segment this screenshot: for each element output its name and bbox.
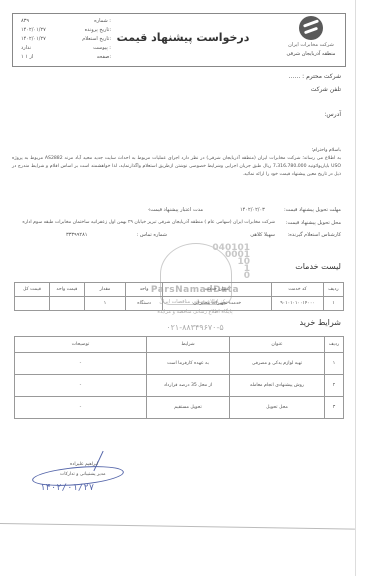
tci-logo-icon — [299, 16, 323, 40]
page-bottom-edge — [0, 523, 355, 530]
recipient-address: آدرس: — [324, 111, 341, 118]
cell-condition: از محل 35 درصد قرارداد — [147, 375, 230, 397]
cell-name: خدمت تجهیزات مخابراتی — [163, 297, 272, 311]
services-table: ردیف کد خدمت عنوان خدمت واحد مقدار قیمت … — [14, 282, 344, 311]
meta-label: تاریخ استعلام: — [71, 35, 111, 44]
services-title: لیست خدمات — [295, 262, 341, 271]
table-row: ۲ روش پیشنهادی انجام معامله از محل 35 در… — [15, 375, 344, 397]
conditions-title: شرایط خرید — [300, 318, 342, 327]
watermark-phone: ۰۲۱-۸۸۳۴۹۶۷۰-۵ — [140, 323, 250, 332]
cell-title: محل تحویل — [230, 397, 325, 419]
greeting: باسلام واحترام؛ — [12, 147, 341, 155]
validity-value: - — [148, 207, 150, 213]
cell-note: - — [15, 397, 147, 419]
table-row: ۱ تهیه لوازم یدکی و مصرفی به عهده کارفرم… — [15, 353, 344, 375]
recipient-company: شرکت محترم : ...... — [289, 73, 341, 80]
meta-value: ۱ از ۱ — [21, 53, 61, 62]
table-header-row: ردیف عنوان شرایط توضیحات — [15, 337, 344, 353]
col-unit: واحد — [126, 283, 163, 297]
deadline-label: مهلت تحویل پیشنهاد قیمت: — [284, 207, 341, 213]
cell-index: ۲ — [325, 375, 344, 397]
cell-unit: دستگاه — [126, 297, 163, 311]
signer-name: ابراهیم علیزاده — [70, 462, 98, 467]
meta-label: شماره : — [71, 17, 111, 26]
signer-title: مدیر پشتیبانی و تدارکات — [60, 472, 105, 477]
expert-value: سهیلا کلاهی — [250, 232, 275, 238]
meta-label: تاریخ پرونده: — [71, 26, 111, 35]
meta-label: صفحه: — [71, 53, 111, 62]
conditions-table: ردیف عنوان شرایط توضیحات ۱ تهیه لوازم ید… — [14, 336, 344, 419]
meta-value: ۸۳۹ — [21, 17, 61, 26]
col-name: عنوان خدمت — [163, 283, 272, 297]
col-title: عنوان — [230, 337, 325, 353]
cell-index: ۱ — [325, 353, 344, 375]
delivery-place-value: شرکت مخابرات ایران (سهامی عام ) منطقه آذ… — [22, 220, 275, 225]
meta-value: ندارد — [21, 44, 61, 53]
deadline-value: ۱۴۰۲/۰۲/۰۳ — [240, 207, 265, 213]
cell-title: روش پیشنهادی انجام معامله — [230, 375, 325, 397]
meta-page: ۱ از ۱صفحه: — [21, 53, 111, 62]
document-header: شرکت مخابرات ایران منطقه آذربایجان شرقی … — [12, 13, 346, 67]
cell-total — [15, 297, 50, 311]
col-index: ردیف — [325, 337, 344, 353]
document-title: درخواست پیشنهاد قیمت — [113, 31, 253, 44]
cell-index: ۳ — [325, 397, 344, 419]
cell-note: - — [15, 353, 147, 375]
logo-region-name: منطقه آذربایجان شرقی — [281, 51, 341, 57]
validity-label: مدت اعتبار پیشنهاد قیمت: — [149, 207, 203, 213]
cell-condition: تحویل مستقیم — [147, 397, 230, 419]
cell-note: - — [15, 375, 147, 397]
watermark-code: 04010100011010 — [212, 245, 250, 280]
meta-number: ۸۳۹شماره : — [21, 17, 111, 26]
col-condition: شرایط — [147, 337, 230, 353]
meta-attachment: نداردپیوست : — [21, 44, 111, 53]
signature-block: ابراهیم علیزاده مدیر پشتیبانی و تدارکات … — [30, 450, 130, 495]
page-right-edge — [355, 0, 356, 576]
contact-phone-label: شماره تماس : — [137, 232, 167, 238]
meta-label: پیوست : — [71, 44, 111, 53]
meta-value: ۱۴۰۲/۰۱/۲۷ — [21, 26, 61, 35]
meta-file-date: ۱۴۰۲/۰۱/۲۷تاریخ پرونده: — [21, 26, 111, 35]
meta-inquiry-date: ۱۴۰۲/۰۱/۲۷تاریخ استعلام: — [21, 35, 111, 44]
expert-label: کارشناس استعلام گیرنده: — [288, 232, 341, 238]
table-header-row: ردیف کد خدمت عنوان خدمت واحد مقدار قیمت … — [15, 283, 344, 297]
cell-condition: به عهده کارفرما است — [147, 353, 230, 375]
cell-code: ۹۰۱۰۱۰۱۰۰۱۴۰۰۰ — [272, 297, 324, 311]
body-paragraph: به اطلاع می رساند؛ شرکت مخابرات ایران (م… — [12, 155, 341, 179]
cell-index: ۱ — [323, 297, 343, 311]
col-unit-price: قیمت واحد — [49, 283, 84, 297]
meta-value: ۱۴۰۲/۰۱/۲۷ — [21, 35, 61, 44]
col-total: قیمت کل — [15, 283, 50, 297]
document-meta: ۸۳۹شماره : ۱۴۰۲/۰۱/۲۷تاریخ پرونده: ۱۴۰۲/… — [21, 17, 111, 62]
document-page: شرکت مخابرات ایران منطقه آذربایجان شرقی … — [0, 0, 355, 576]
cell-qty: ۱ — [84, 297, 125, 311]
col-code: کد خدمت — [272, 283, 324, 297]
delivery-place-label: محل تحویل پیشنهاد قیمت: — [286, 220, 341, 226]
col-qty: مقدار — [84, 283, 125, 297]
table-row: ۳ محل تحویل تحویل مستقیم - — [15, 397, 344, 419]
cell-title: تهیه لوازم یدکی و مصرفی — [230, 353, 325, 375]
col-note: توضیحات — [15, 337, 147, 353]
col-index: ردیف — [323, 283, 343, 297]
table-row: ۱ ۹۰۱۰۱۰۱۰۰۱۴۰۰۰ خدمت تجهیزات مخابراتی د… — [15, 297, 344, 311]
recipient-phone: تلفن شرکت — [311, 86, 341, 93]
contact-phone-value: ۳۳۳۹۹۲۸۱ — [66, 232, 87, 238]
cell-unit-price — [49, 297, 84, 311]
logo-company-name: شرکت مخابرات ایران — [281, 42, 341, 48]
company-logo: شرکت مخابرات ایران منطقه آذربایجان شرقی — [281, 16, 341, 57]
signature-date: ۱۴۰۲/۰۱/۲۷ — [40, 483, 94, 493]
